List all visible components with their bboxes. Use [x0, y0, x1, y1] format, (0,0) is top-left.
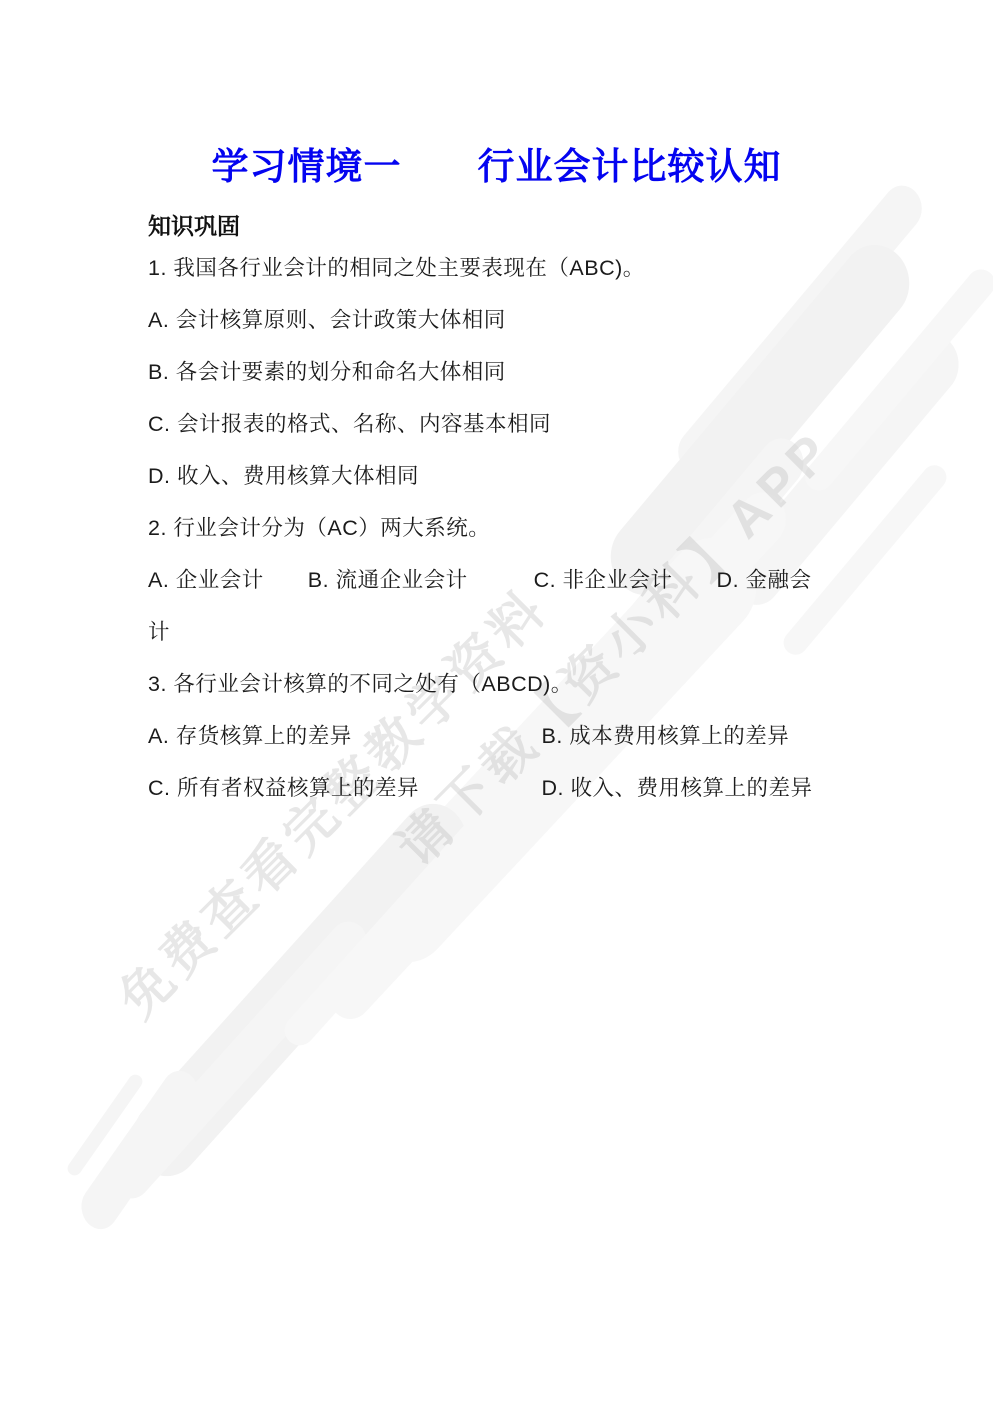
question-3-option-b: B. 成本费用核算上的差异: [541, 724, 789, 748]
question-3-option-d: D. 收入、费用核算上的差异: [541, 776, 812, 800]
brush-stroke: [74, 1062, 206, 1238]
document-page: 免费查看完整教学资料 请下载【资小科】APP 学习情境一 行业会计比较认知 知识…: [0, 0, 993, 1404]
brush-stroke: [106, 914, 374, 1206]
question-1-option-b: B. 各会计要素的划分和命名大体相同: [148, 346, 847, 398]
question-2-options-row: A. 企业会计 B. 流通企业会计 C. 非企业会计 D. 金融会: [148, 554, 847, 606]
question-3-option-c: C. 所有者权益核算上的差异: [148, 762, 535, 814]
brush-stroke: [119, 788, 481, 1192]
question-1-option-c: C. 会计报表的格式、名称、内容基本相同: [148, 398, 847, 450]
question-3-options-row-2: C. 所有者权益核算上的差异 D. 收入、费用核算上的差异: [148, 762, 847, 814]
page-title: 学习情境一 行业会计比较认知: [0, 136, 993, 190]
question-3-option-a: A. 存货核算上的差异: [148, 710, 535, 762]
brush-stroke: [65, 1072, 145, 1178]
question-3: 3. 各行业会计核算的不同之处有（ABCD)。: [148, 658, 847, 710]
question-list: 1. 我国各行业会计的相同之处主要表现在（ABC)。 A. 会计核算原则、会计政…: [148, 242, 847, 814]
question-1-option-d: D. 收入、费用核算大体相同: [148, 450, 847, 502]
question-2-options-wrap: 计: [148, 606, 847, 658]
section-heading: 知识巩固: [148, 208, 240, 241]
question-2: 2. 行业会计分为（AC）两大系统。: [148, 502, 847, 554]
question-1-option-a: A. 会计核算原则、会计政策大体相同: [148, 294, 847, 346]
question-1: 1. 我国各行业会计的相同之处主要表现在（ABC)。: [148, 242, 847, 294]
question-3-options-row-1: A. 存货核算上的差异 B. 成本费用核算上的差异: [148, 710, 847, 762]
brush-stroke: [278, 808, 501, 1051]
